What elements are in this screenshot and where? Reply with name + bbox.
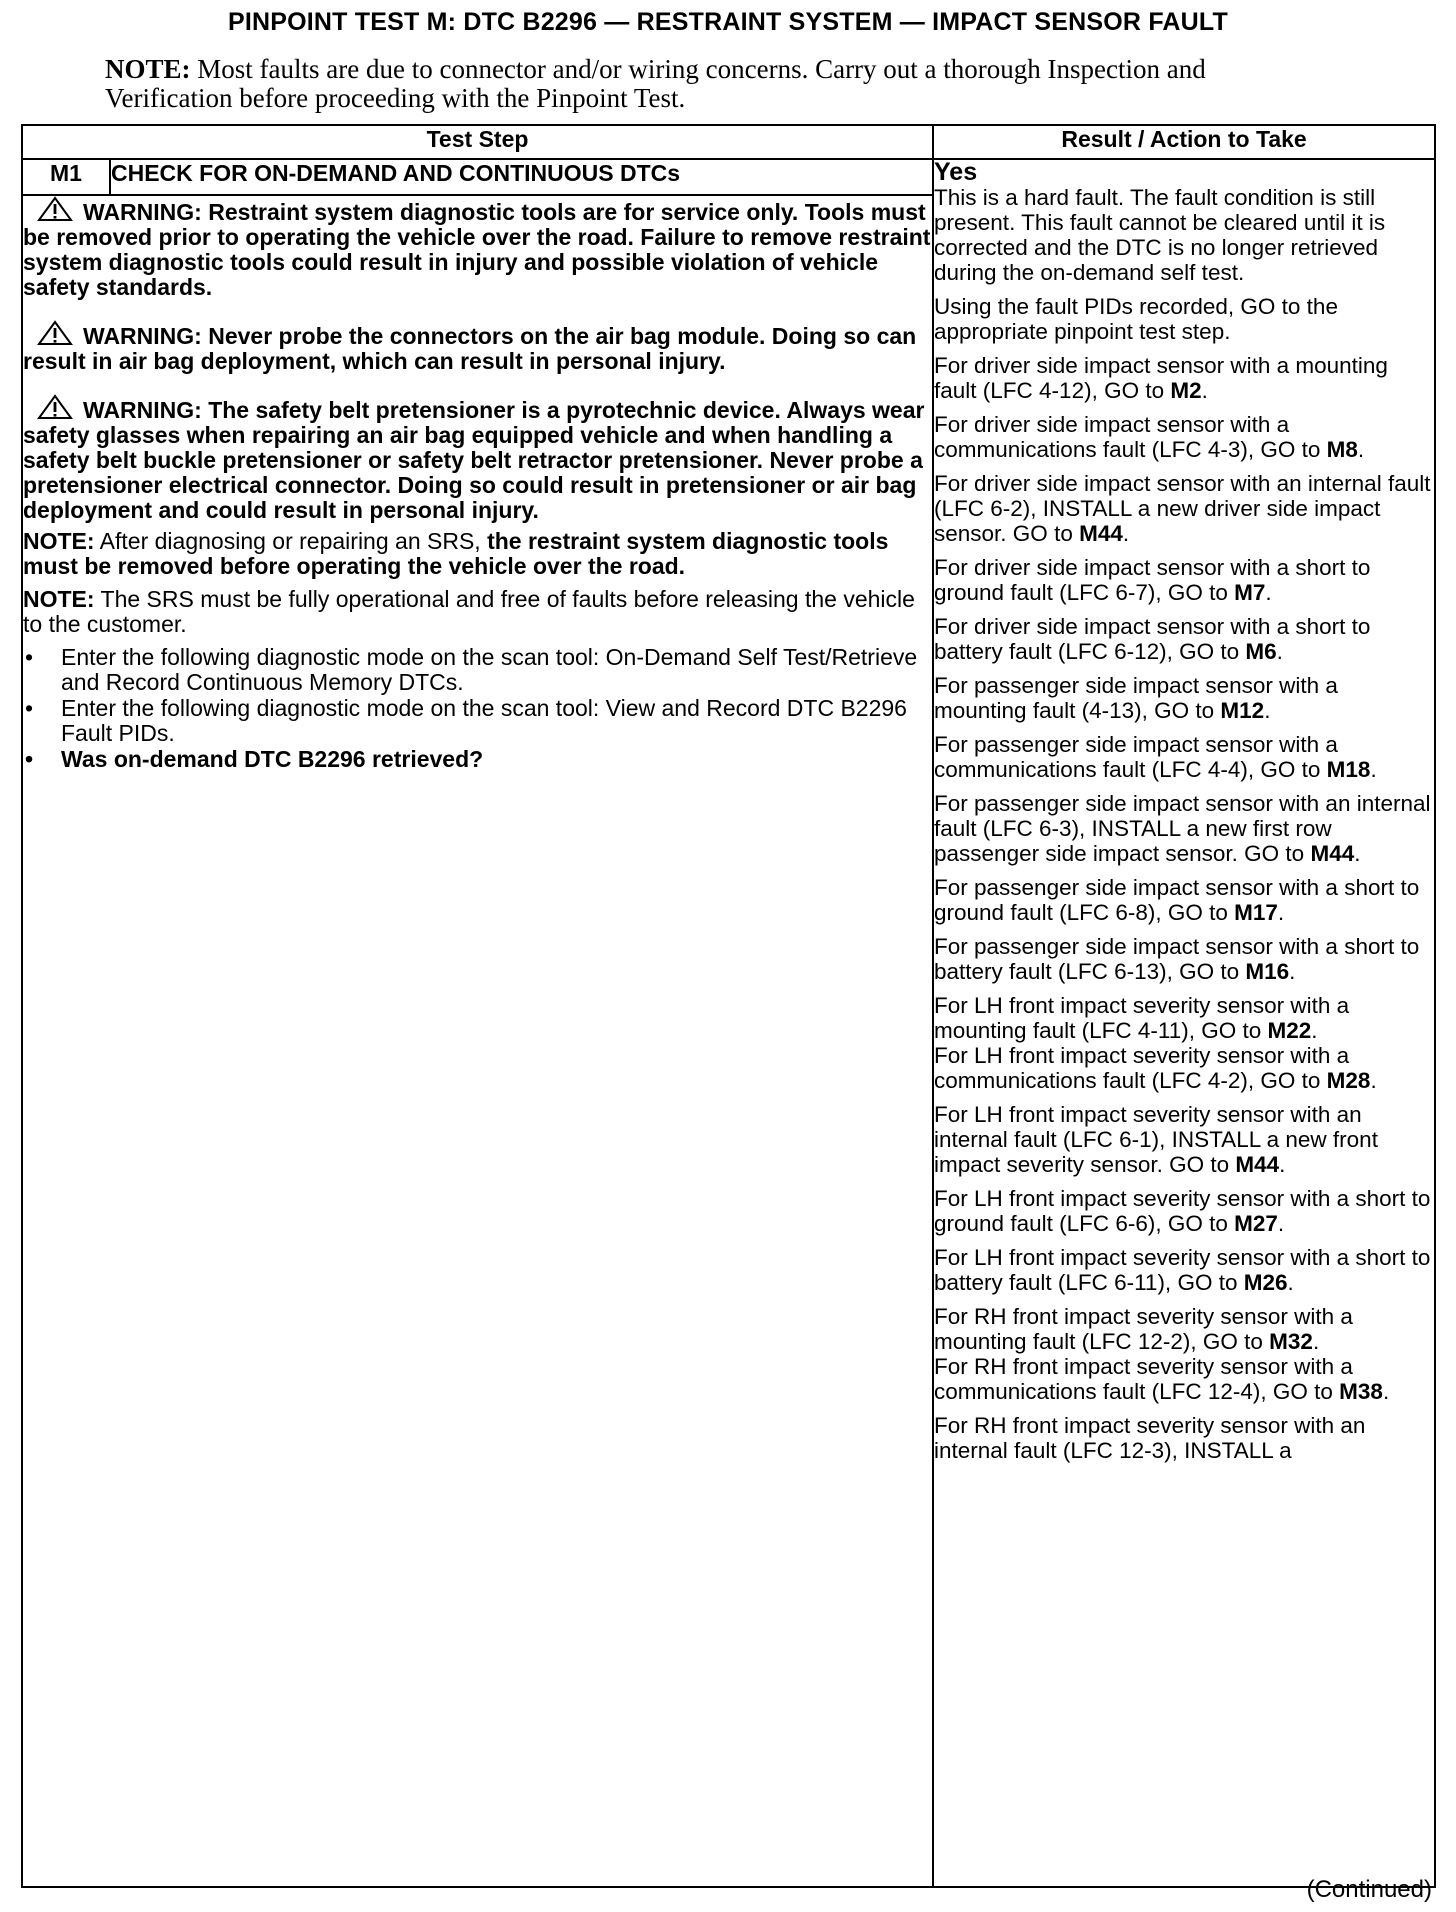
result-paragraphs: This is a hard fault. The fault conditio… — [934, 185, 1434, 1463]
result-paragraph: For driver side impact sensor with a com… — [934, 412, 1434, 462]
result-paragraph: Using the fault PIDs recorded, GO to the… — [934, 294, 1434, 344]
result-paragraph: For RH front impact severity sensor with… — [934, 1304, 1434, 1354]
warning-1: WARNING: Restraint system diagnostic too… — [23, 196, 932, 300]
result-paragraph: For RH front impact severity sensor with… — [934, 1354, 1434, 1404]
result-paragraph: For LH front impact severity sensor with… — [934, 1186, 1434, 1236]
instruction-item: Enter the following diagnostic mode on t… — [23, 645, 932, 695]
instruction-item: Enter the following diagnostic mode on t… — [23, 696, 932, 746]
result-paragraph: For driver side impact sensor with a sho… — [934, 614, 1434, 664]
step-body: WARNING: Restraint system diagnostic too… — [22, 195, 933, 1887]
goto-step-link[interactable]: M6 — [1245, 639, 1276, 664]
result-paragraph: For LH front impact severity sensor with… — [934, 1043, 1434, 1093]
result-paragraph: For driver side impact sensor with an in… — [934, 471, 1434, 546]
goto-step-link[interactable]: M17 — [1234, 900, 1278, 925]
top-note-label: NOTE: — [105, 54, 191, 84]
goto-step-link[interactable]: M27 — [1234, 1211, 1278, 1236]
step-title: CHECK FOR ON-DEMAND AND CONTINUOUS DTCs — [110, 159, 933, 195]
top-note-text: Most faults are due to connector and/or … — [105, 54, 1206, 113]
warning-triangle-icon — [37, 320, 73, 346]
instruction-question: Was on-demand DTC B2296 retrieved? — [23, 747, 932, 772]
step-title-row: M1 CHECK FOR ON-DEMAND AND CONTINUOUS DT… — [22, 159, 1435, 195]
goto-step-link[interactable]: M44 — [1079, 521, 1123, 546]
goto-step-link[interactable]: M12 — [1220, 698, 1264, 723]
header-result: Result / Action to Take — [933, 125, 1435, 159]
step-id: M1 — [22, 159, 110, 195]
pinpoint-test-table: Test Step Result / Action to Take M1 CHE… — [21, 124, 1436, 1888]
top-note: NOTE: Most faults are due to connector a… — [105, 55, 1305, 113]
table-header-row: Test Step Result / Action to Take — [22, 125, 1435, 159]
continued-label: (Continued) — [1307, 1876, 1432, 1904]
goto-step-link[interactable]: M38 — [1339, 1379, 1383, 1404]
goto-step-link[interactable]: M44 — [1235, 1152, 1279, 1177]
goto-step-link[interactable]: M26 — [1244, 1270, 1288, 1295]
result-cell: Yes This is a hard fault. The fault cond… — [933, 159, 1435, 1887]
goto-step-link[interactable]: M18 — [1327, 757, 1371, 782]
goto-step-link[interactable]: M7 — [1234, 580, 1265, 605]
goto-step-link[interactable]: M44 — [1310, 841, 1354, 866]
note-1: NOTE: After diagnosing or repairing an S… — [23, 529, 932, 579]
result-paragraph: For passenger side impact sensor with a … — [934, 934, 1434, 984]
goto-step-link[interactable]: M32 — [1269, 1329, 1313, 1354]
warning-3: WARNING: The safety belt pretensioner is… — [23, 394, 932, 523]
goto-step-link[interactable]: M2 — [1170, 378, 1201, 403]
result-paragraph: For RH front impact severity sensor with… — [934, 1413, 1434, 1463]
result-paragraph: For passenger side impact sensor with a … — [934, 673, 1434, 723]
result-paragraph: For LH front impact severity sensor with… — [934, 1102, 1434, 1177]
header-test-step: Test Step — [22, 125, 933, 159]
result-paragraph: This is a hard fault. The fault conditio… — [934, 185, 1434, 285]
warning-triangle-icon — [37, 394, 73, 420]
page-title: PINPOINT TEST M: DTC B2296 — RESTRAINT S… — [0, 8, 1456, 37]
result-paragraph: For passenger side impact sensor with an… — [934, 791, 1434, 866]
goto-step-link[interactable]: M22 — [1267, 1018, 1311, 1043]
warning-triangle-icon — [37, 196, 73, 222]
result-paragraph: For driver side impact sensor with a sho… — [934, 555, 1434, 605]
goto-step-link[interactable]: M8 — [1327, 437, 1358, 462]
result-paragraph: For driver side impact sensor with a mou… — [934, 353, 1434, 403]
warning-2: WARNING: Never probe the connectors on t… — [23, 320, 932, 374]
result-paragraph: For passenger side impact sensor with a … — [934, 875, 1434, 925]
result-paragraph: For LH front impact severity sensor with… — [934, 993, 1434, 1043]
goto-step-link[interactable]: M16 — [1245, 959, 1289, 984]
result-answer: Yes — [934, 160, 1434, 185]
result-paragraph: For LH front impact severity sensor with… — [934, 1245, 1434, 1295]
goto-step-link[interactable]: M28 — [1327, 1068, 1371, 1093]
step-instructions: Enter the following diagnostic mode on t… — [23, 645, 932, 772]
result-paragraph: For passenger side impact sensor with a … — [934, 732, 1434, 782]
note-2: NOTE: The SRS must be fully operational … — [23, 587, 932, 637]
